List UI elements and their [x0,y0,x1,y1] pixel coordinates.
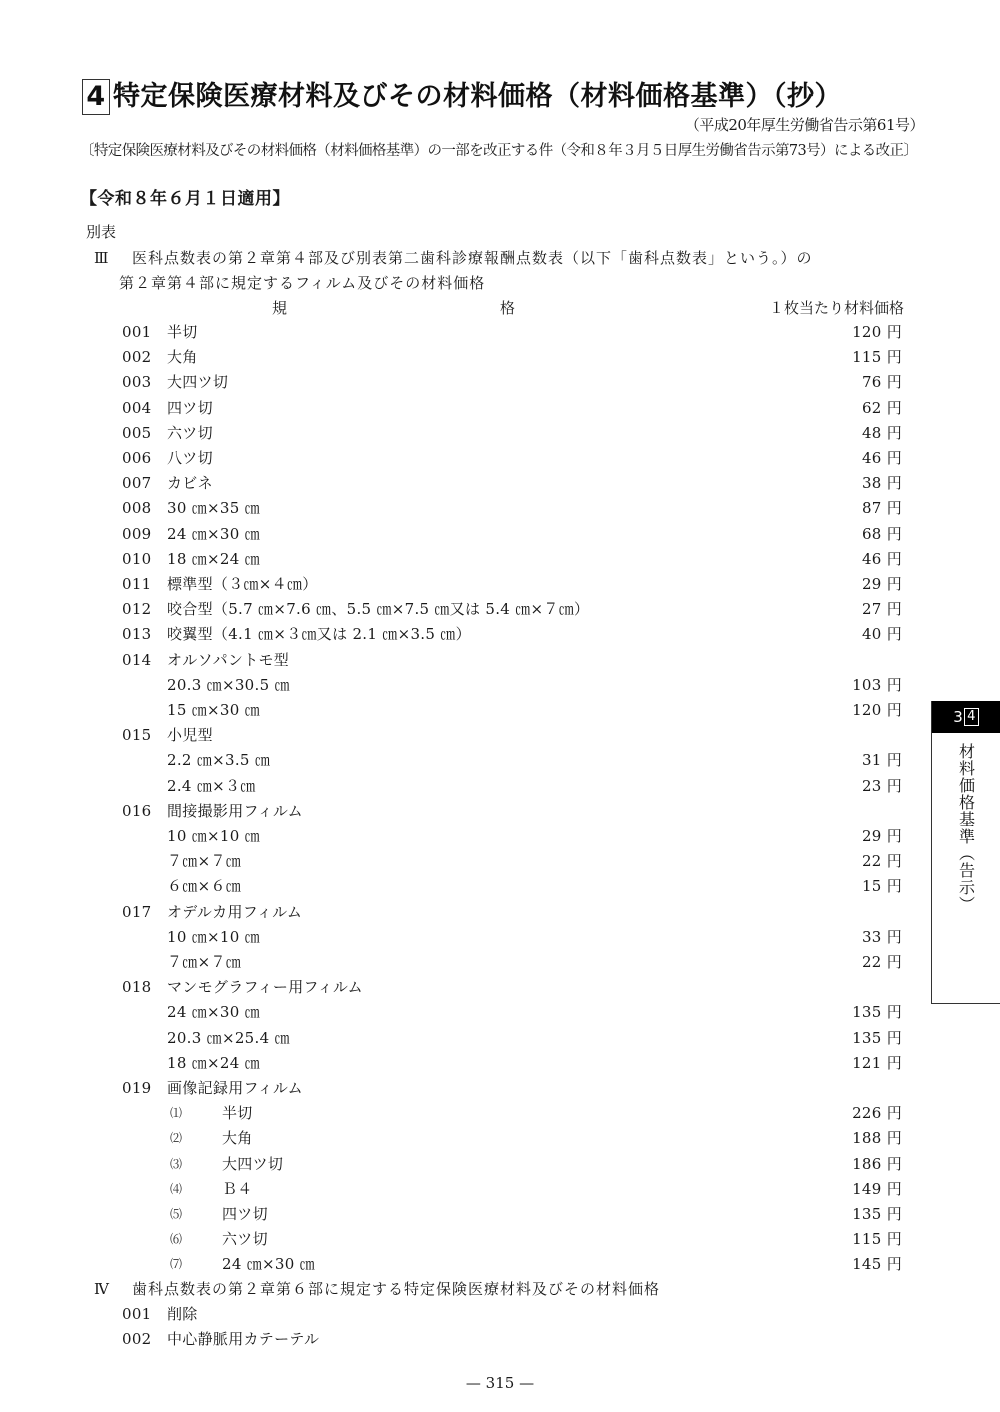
table-row: 017オデルカ用フィルム [0,900,1000,925]
row-price: 27 円 [862,597,902,622]
subrow-spec: 六ツ切 [222,1227,268,1252]
row-code: 015 [122,723,152,748]
subrow-price: 188 円 [852,1126,902,1151]
row-price: 15 円 [862,874,902,899]
row-price: 48 円 [862,421,902,446]
table-subrow: ⑺24 ㎝×30 ㎝145 円 [0,1252,1000,1277]
subrow-spec: 24 ㎝×30 ㎝ [222,1252,315,1277]
row-spec: 24 ㎝×30 ㎝ [167,522,260,547]
row-code: 010 [122,547,152,572]
row-spec: 10 ㎝×10 ㎝ [167,925,260,950]
table-row: ６㎝×６㎝15 円 [0,874,1000,899]
section-4-heading-text: 歯科点数表の第２章第６部に規定する特定保険医療材料及びその材料価格 [132,1280,660,1298]
row-price: 121 円 [852,1051,902,1076]
page-title: 4 特定保険医療材料及びその材料価格（材料価格基準）（抄） [82,78,842,116]
table-row: 002大角115 円 [0,345,1000,370]
table-row: 006八ツ切46 円 [0,446,1000,471]
table-row: ７㎝×７㎝22 円 [0,849,1000,874]
column-header-price: １枚当たり材料価格 [769,297,904,318]
row-price: 22 円 [862,849,902,874]
row-code: 003 [122,370,152,395]
row-spec: 30 ㎝×35 ㎝ [167,496,260,521]
table-subrow: ⑴半切226 円 [0,1101,1000,1126]
list-item: 002中心静脈用カテーテル [0,1327,1000,1352]
row-spec: 小児型 [167,723,213,748]
row-price: 115 円 [852,345,902,370]
row-price: 135 円 [852,1026,902,1051]
item-name: 削除 [167,1302,198,1327]
row-price: 103 円 [852,673,902,698]
row-code: 016 [122,799,152,824]
row-spec: 2.2 ㎝×3.5 ㎝ [167,748,270,773]
row-price: 76 円 [862,370,902,395]
row-spec: 画像記録用フィルム [167,1076,303,1101]
item-code: 002 [122,1327,152,1352]
row-price: 38 円 [862,471,902,496]
row-price: 23 円 [862,774,902,799]
revision-note: 〔特定保険医療材料及びその材料価格（材料価格基準）の一部を改正する件（令和８年３… [80,141,930,161]
table-row: 014オルソパントモ型 [0,648,1000,673]
table-subrow: ⑹六ツ切115 円 [0,1227,1000,1252]
row-code: 019 [122,1076,152,1101]
row-spec: ７㎝×７㎝ [167,849,241,874]
table-row: 10 ㎝×10 ㎝33 円 [0,925,1000,950]
row-price: 31 円 [862,748,902,773]
row-code: 018 [122,975,152,1000]
subrow-price: 145 円 [852,1252,902,1277]
list-item: 001削除 [0,1302,1000,1327]
side-tab-label: 材料価格基準（告示） [955,743,978,913]
row-spec: 標準型（３㎝×４㎝） [167,572,318,597]
table-row: 20.3 ㎝×25.4 ㎝135 円 [0,1026,1000,1051]
section-4-heading: Ⅳ歯科点数表の第２章第６部に規定する特定保険医療材料及びその材料価格 [94,1278,660,1299]
table-subrow: ⑷Ｂ４149 円 [0,1177,1000,1202]
row-price: 46 円 [862,446,902,471]
table-row: 18 ㎝×24 ㎝121 円 [0,1051,1000,1076]
table-row: 10 ㎝×10 ㎝29 円 [0,824,1000,849]
row-price: 135 円 [852,1000,902,1025]
row-code: 014 [122,648,152,673]
row-spec: 24 ㎝×30 ㎝ [167,1000,260,1025]
item-name: 中心静脈用カテーテル [167,1327,319,1352]
row-price: 40 円 [862,622,902,647]
row-spec: 半切 [167,320,198,345]
row-code: 002 [122,345,152,370]
subrow-number: ⑷ [170,1177,182,1202]
side-tab-header: 34 [932,701,1000,733]
table-row: 24 ㎝×30 ㎝135 円 [0,1000,1000,1025]
section-3-number: Ⅲ [94,249,132,267]
row-price: 120 円 [852,698,902,723]
table-row: 2.4 ㎝×３㎝23 円 [0,774,1000,799]
row-spec: オデルカ用フィルム [167,900,302,925]
column-header-spec-a: 規 [272,297,287,318]
row-code: 008 [122,496,152,521]
row-spec: マンモグラフィー用フィルム [167,975,363,1000]
subrow-number: ⑺ [170,1252,182,1277]
row-spec: 大角 [167,345,198,370]
row-code: 009 [122,522,152,547]
table-row: 2.2 ㎝×3.5 ㎝31 円 [0,748,1000,773]
row-spec: ７㎝×７㎝ [167,950,241,975]
row-spec: 咬翼型（4.1 ㎝×３㎝又は 2.1 ㎝×3.5 ㎝） [167,622,471,647]
row-spec: 18 ㎝×24 ㎝ [167,547,260,572]
subrow-number: ⑴ [170,1101,182,1126]
row-code: 001 [122,320,152,345]
table-row: 015小児型 [0,723,1000,748]
table-row: 003大四ツ切76 円 [0,370,1000,395]
chapter-side-tab: 34 材料価格基準（告示） [931,701,1000,1004]
row-code: 005 [122,421,152,446]
row-code: 013 [122,622,152,647]
row-spec: 四ツ切 [167,396,213,421]
table-subrow: ⑵大角188 円 [0,1126,1000,1151]
table-row: 01018 ㎝×24 ㎝46 円 [0,547,1000,572]
table-row: 001半切120 円 [0,320,1000,345]
section-3-heading-line1: 医科点数表の第２章第４部及び別表第二歯科診療報酬点数表（以下「歯科点数表」という… [132,249,813,267]
row-price: 29 円 [862,572,902,597]
row-code: 012 [122,597,152,622]
row-price: 29 円 [862,824,902,849]
table-row: 012咬合型（5.7 ㎝×7.6 ㎝、5.5 ㎝×7.5 ㎝又は 5.4 ㎝×７… [0,597,1000,622]
beppyo-label: 別表 [86,221,116,242]
table-row: 018マンモグラフィー用フィルム [0,975,1000,1000]
row-spec: 咬合型（5.7 ㎝×7.6 ㎝、5.5 ㎝×7.5 ㎝又は 5.4 ㎝×７㎝） [167,597,589,622]
row-spec: 15 ㎝×30 ㎝ [167,698,260,723]
row-price: 46 円 [862,547,902,572]
side-tab-chapter: 3 [953,708,963,726]
table-subrow: ⑸四ツ切135 円 [0,1202,1000,1227]
row-spec: 間接撮影用フィルム [167,799,303,824]
table-row: ７㎝×７㎝22 円 [0,950,1000,975]
subrow-price: 115 円 [852,1227,902,1252]
column-header-spec-b: 格 [500,297,515,318]
table-row: 005六ツ切48 円 [0,421,1000,446]
row-code: 011 [122,572,152,597]
table-row: 00830 ㎝×35 ㎝87 円 [0,496,1000,521]
row-code: 017 [122,900,152,925]
table-subrow: ⑶大四ツ切186 円 [0,1152,1000,1177]
row-code: 004 [122,396,152,421]
title-text: 特定保険医療材料及びその材料価格（材料価格基準）（抄） [113,78,842,116]
subrow-price: 186 円 [852,1152,902,1177]
section-number-box: 4 [82,79,110,115]
row-price: 62 円 [862,396,902,421]
table-row: 016間接撮影用フィルム [0,799,1000,824]
subrow-price: 135 円 [852,1202,902,1227]
row-price: 22 円 [862,950,902,975]
subrow-number: ⑸ [170,1202,182,1227]
row-spec: 20.3 ㎝×30.5 ㎝ [167,673,290,698]
subrow-spec: 四ツ切 [222,1202,268,1227]
notice-reference: （平成20年厚生労働省告示第61号） [685,114,924,135]
section-3-heading: Ⅲ医科点数表の第２章第４部及び別表第二歯科診療報酬点数表（以下「歯科点数表」とい… [94,247,813,268]
subrow-number: ⑹ [170,1227,182,1252]
effective-date: 【令和８年６月１日適用】 [80,184,290,209]
section-4-number: Ⅳ [94,1280,132,1298]
row-price: 120 円 [852,320,902,345]
row-spec: オルソパントモ型 [167,648,289,673]
row-spec: 18 ㎝×24 ㎝ [167,1051,260,1076]
table-row: 007カビネ38 円 [0,471,1000,496]
table-row: 004四ツ切62 円 [0,396,1000,421]
side-tab-section: 4 [964,708,979,726]
row-spec: 10 ㎝×10 ㎝ [167,824,260,849]
row-spec: 六ツ切 [167,421,213,446]
row-spec: 2.4 ㎝×３㎝ [167,774,256,799]
table-row: 019画像記録用フィルム [0,1076,1000,1101]
row-code: 007 [122,471,152,496]
page-number: — 315 — [0,1374,1000,1392]
item-code: 001 [122,1302,152,1327]
table-row: 15 ㎝×30 ㎝120 円 [0,698,1000,723]
subrow-number: ⑶ [170,1152,182,1177]
subrow-spec: 大四ツ切 [222,1152,283,1177]
subrow-number: ⑵ [170,1126,182,1151]
subrow-price: 226 円 [852,1101,902,1126]
subrow-spec: Ｂ４ [222,1177,253,1202]
row-spec: 八ツ切 [167,446,213,471]
table-row: 011標準型（３㎝×４㎝）29 円 [0,572,1000,597]
row-spec: 20.3 ㎝×25.4 ㎝ [167,1026,290,1051]
row-spec: ６㎝×６㎝ [167,874,241,899]
table-row: 013咬翼型（4.1 ㎝×３㎝又は 2.1 ㎝×3.5 ㎝）40 円 [0,622,1000,647]
table-row: 00924 ㎝×30 ㎝68 円 [0,522,1000,547]
table-row: 20.3 ㎝×30.5 ㎝103 円 [0,673,1000,698]
section-3-heading-line2: 第２章第４部に規定するフィルム及びその材料価格 [119,272,485,293]
subrow-price: 149 円 [852,1177,902,1202]
row-spec: カビネ [167,471,213,496]
row-code: 006 [122,446,152,471]
row-spec: 大四ツ切 [167,370,228,395]
row-price: 87 円 [862,496,902,521]
subrow-spec: 半切 [222,1101,253,1126]
subrow-spec: 大角 [222,1126,253,1151]
row-price: 33 円 [862,925,902,950]
row-price: 68 円 [862,522,902,547]
